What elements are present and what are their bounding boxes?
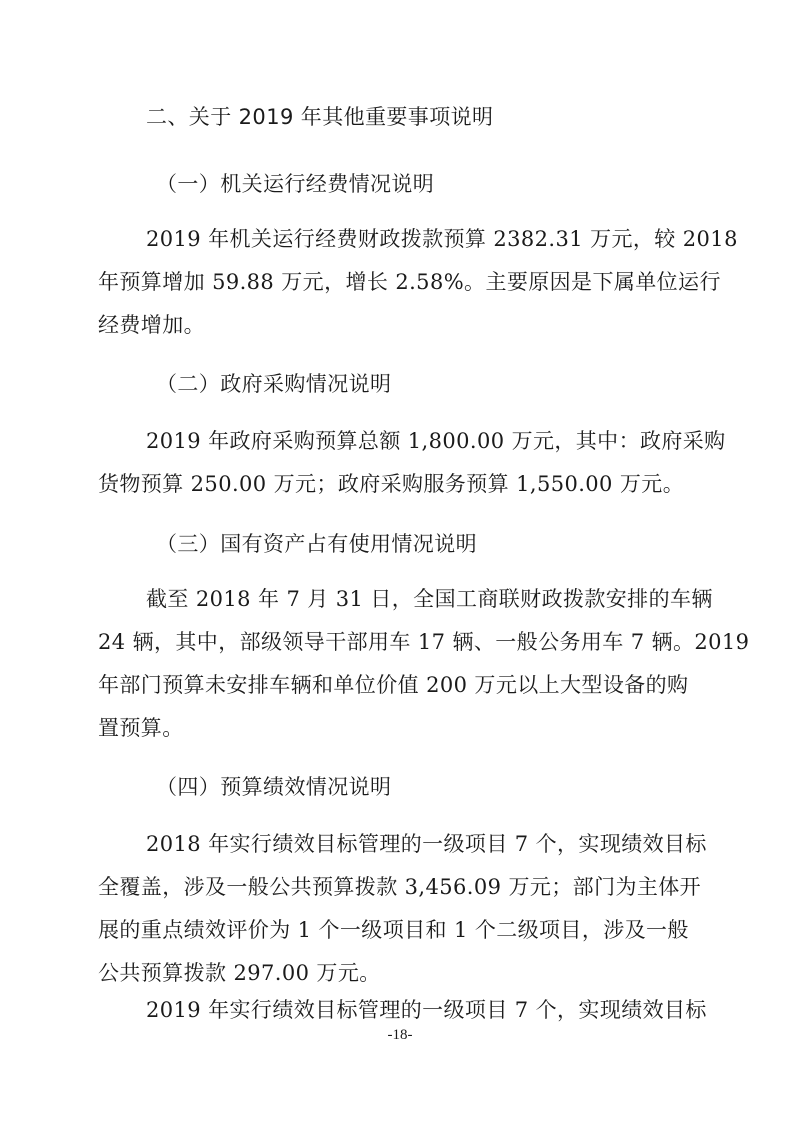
paragraph-line: 置预算。: [98, 714, 618, 742]
subsection-heading-3: （三）国有资产占有使用情况说明: [156, 530, 477, 558]
subsection-heading-1: （一）机关运行经费情况说明: [156, 170, 434, 198]
paragraph-line: 2018 年实行绩效目标管理的一级项目 7 个，实现绩效目标: [146, 830, 666, 858]
paragraph-line: 经费增加。: [98, 311, 618, 339]
paragraph-line: 截至 2018 年 7 月 31 日，全国工商联财政拨款安排的车辆: [146, 585, 666, 613]
paragraph-line: 2019 年实行绩效目标管理的一级项目 7 个，实现绩效目标: [146, 996, 666, 1024]
subsection-heading-4: （四）预算绩效情况说明: [156, 773, 391, 801]
page-number: -18-: [0, 1026, 800, 1044]
paragraph-line: 公共预算拨款 297.00 万元。: [98, 959, 618, 987]
paragraph-line: 展的重点绩效评价为 1 个一级项目和 1 个二级项目，涉及一般: [98, 916, 618, 944]
paragraph-line: 全覆盖，涉及一般公共预算拨款 3,456.09 万元；部门为主体开: [98, 873, 618, 901]
section-title: 二、关于 2019 年其他重要事项说明: [146, 103, 493, 131]
paragraph-line: 年部门预算未安排车辆和单位价值 200 万元以上大型设备的购: [98, 671, 618, 699]
paragraph-line: 年预算增加 59.88 万元，增长 2.58%。主要原因是下属单位运行: [98, 268, 618, 296]
paragraph-line: 2019 年机关运行经费财政拨款预算 2382.31 万元，较 2018: [146, 225, 666, 253]
subsection-heading-2: （二）政府采购情况说明: [156, 370, 391, 398]
paragraph-line: 货物预算 250.00 万元；政府采购服务预算 1,550.00 万元。: [98, 470, 618, 498]
paragraph-line: 24 辆，其中，部级领导干部用车 17 辆、一般公务用车 7 辆。2019: [98, 628, 618, 656]
document-page: 二、关于 2019 年其他重要事项说明 （一）机关运行经费情况说明 2019 年…: [0, 0, 800, 1131]
paragraph-line: 2019 年政府采购预算总额 1,800.00 万元，其中：政府采购: [146, 427, 666, 455]
